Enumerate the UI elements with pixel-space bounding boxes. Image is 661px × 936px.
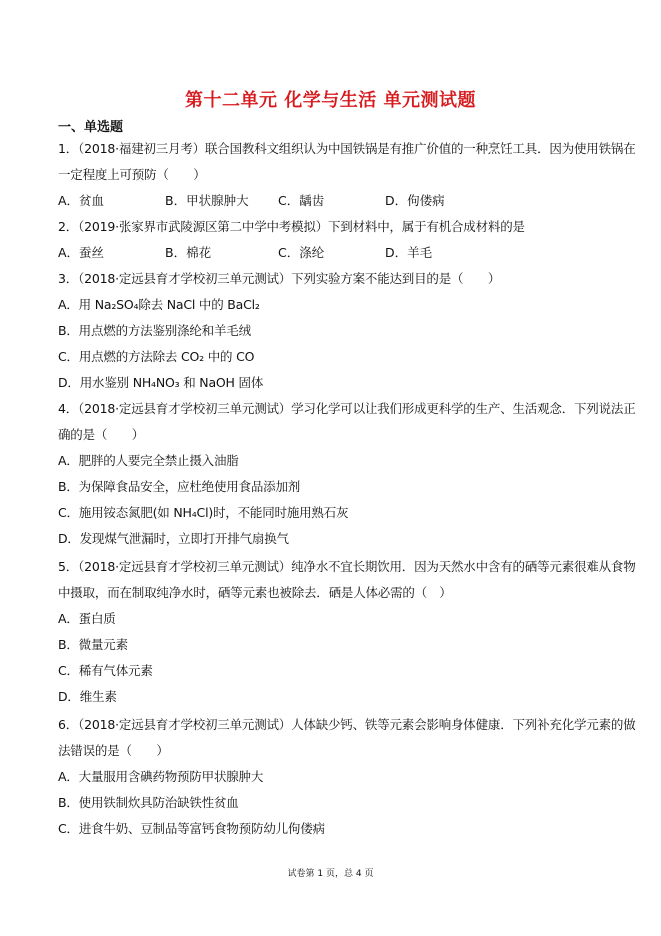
question-6-option-c[interactable]: C．进食牛奶、豆制品等富钙食物预防幼儿佝偻病 bbox=[58, 819, 325, 837]
question-6-option-a[interactable]: A．大量服用含碘药物预防甲状腺肿大 bbox=[58, 767, 263, 785]
question-3-option-c[interactable]: C．用点燃的方法除去 CO₂ 中的 CO bbox=[58, 347, 254, 365]
question-5-line-1: 5．（2018·定远县育才学校初三单元测试）纯净水不宜长期饮用．因为天然水中含有… bbox=[58, 557, 636, 575]
question-2-option-c[interactable]: C．涤纶 bbox=[278, 243, 324, 261]
question-3-line-1: 3．（2018·定远县育才学校初三单元测试）下列实验方案不能达到目的是（ ） bbox=[58, 269, 500, 287]
question-4-line-1: 4．（2018·定远县育才学校初三单元测试）学习化学可以让我们形成更科学的生产、… bbox=[58, 399, 636, 417]
question-4-option-b[interactable]: B．为保障食品安全，应杜绝使用食品添加剂 bbox=[58, 477, 300, 495]
question-6-line-2: 法错误的是（ ） bbox=[58, 741, 169, 759]
question-2-line-1: 2．（2019·张家界市武陵源区第二中学中考模拟）下到材料中，属于有机合成材料的… bbox=[58, 217, 525, 235]
question-3-option-a[interactable]: A．用 Na₂SO₄除去 NaCl 中的 BaCl₂ bbox=[58, 295, 260, 313]
question-6-line-1: 6．（2018·定远县育才学校初三单元测试）人体缺少钙、铁等元素会影响身体健康．… bbox=[58, 715, 636, 733]
document-page: 第十二单元 化学与生活 单元测试题 一、单选题 1．（2018·福建初三月考）联… bbox=[0, 0, 661, 936]
question-2-option-b[interactable]: B．棉花 bbox=[165, 243, 211, 261]
question-5-option-d[interactable]: D．维生素 bbox=[58, 687, 117, 705]
question-1-line-1: 1．（2018·福建初三月考）联合国教科文组织认为中国铁锅是有推广价值的一种烹饪… bbox=[58, 139, 636, 157]
question-2-option-d[interactable]: D．羊毛 bbox=[385, 243, 432, 261]
question-4-option-c[interactable]: C．施用铵态氮肥(如 NH₄Cl)时，不能同时施用熟石灰 bbox=[58, 503, 348, 521]
question-5-option-b[interactable]: B．微量元素 bbox=[58, 635, 128, 653]
question-1-option-c[interactable]: C．龋齿 bbox=[278, 191, 324, 209]
question-6-option-b[interactable]: B．使用铁制炊具防治缺铁性贫血 bbox=[58, 793, 239, 811]
question-1-option-d[interactable]: D．佝偻病 bbox=[385, 191, 445, 209]
page-footer: 试卷第 1 页，总 4 页 bbox=[0, 866, 661, 879]
question-4-option-d[interactable]: D．发现煤气泄漏时，立即打开排气扇换气 bbox=[58, 529, 289, 547]
question-5-option-c[interactable]: C．稀有气体元素 bbox=[58, 661, 153, 679]
page-title: 第十二单元 化学与生活 单元测试题 bbox=[0, 86, 661, 112]
question-3-option-b[interactable]: B．用点燃的方法鉴别涤纶和羊毛绒 bbox=[58, 321, 251, 339]
question-4-option-a[interactable]: A．肥胖的人要完全禁止摄入油脂 bbox=[58, 451, 239, 469]
question-1-option-a[interactable]: A．贫血 bbox=[58, 191, 104, 209]
question-1-line-2: 一定程度上可预防（ ） bbox=[58, 165, 206, 183]
question-2-option-a[interactable]: A．蚕丝 bbox=[58, 243, 104, 261]
question-4-line-2: 确的是（ ） bbox=[58, 425, 144, 443]
question-5-line-2: 中摄取，而在制取纯净水时，硒等元素也被除去．硒是人体必需的（ ） bbox=[58, 583, 452, 601]
question-5-option-a[interactable]: A．蛋白质 bbox=[58, 609, 116, 627]
question-1-option-b[interactable]: B．甲状腺肿大 bbox=[165, 191, 249, 209]
section-heading: 一、单选题 bbox=[58, 116, 123, 135]
question-3-option-d[interactable]: D．用水鉴别 NH₄NO₃ 和 NaOH 固体 bbox=[58, 373, 263, 391]
